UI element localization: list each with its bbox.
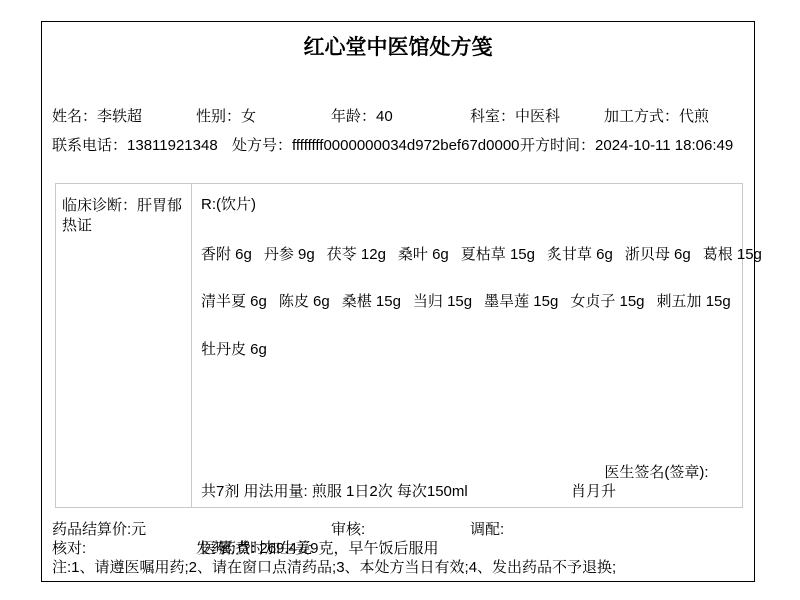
processing-value: 代煎: [679, 108, 709, 125]
herb-item: 女贞子 15g: [570, 293, 644, 310]
field-phone: 联系电话：13811921348: [52, 136, 218, 155]
prescription-page: 红心堂中医馆处方笺 姓名：李轶超 性别：女 年龄：40 科室：中医科 加工方式：…: [0, 0, 800, 600]
settlement-price-value: 元: [131, 521, 146, 538]
phone-value: 13811921348: [127, 137, 218, 154]
patient-name-label: 姓名：: [52, 108, 97, 125]
herb-item: 陈皮 6g: [279, 293, 330, 310]
herb-item: 丹参 9g: [264, 246, 315, 263]
issue-time-value: 2024-10-11 18:06:49: [595, 137, 733, 154]
rx-box: 临床诊断：肝胃郁热证 R:(饮片) 香附 6g丹参 9g茯苓 12g桑叶 6g夏…: [55, 183, 743, 508]
herb-item: 当归 15g: [413, 293, 472, 310]
herb-line-1: 香附 6g丹参 9g茯苓 12g桑叶 6g夏枯草 15g炙甘草 6g浙贝母 6g…: [201, 245, 762, 264]
herb-item: 牡丹皮 6g: [201, 341, 267, 358]
herb-item: 茯苓 12g: [327, 246, 386, 263]
page-title: 红心堂中医馆处方笺: [42, 36, 754, 60]
field-settlement-price: 药品结算价:元: [52, 520, 146, 539]
field-issue-time: 开方时间：2024-10-11 18:06:49: [520, 136, 733, 155]
usage-summary: 共7剂 用法用量: 煎服 1日2次 每次150ml: [201, 482, 601, 501]
prescription-sheet: 红心堂中医馆处方笺 姓名：李轶超 性别：女 年龄：40 科室：中医科 加工方式：…: [41, 21, 755, 582]
herb-item: 香附 6g: [201, 246, 252, 263]
herb-item: 刺五加 15g: [657, 293, 731, 310]
patient-age-value: 40: [376, 108, 393, 125]
field-review: 审核:: [331, 520, 365, 539]
diagnosis-label: 临床诊断：: [62, 197, 137, 214]
herb-line-3: 牡丹皮 6g: [201, 340, 267, 359]
footer-note: 注:1、请遵医嘱用药;2、请在窗口点清药品;3、本处方当日有效;4、发出药品不予…: [52, 558, 616, 577]
herb-item: 清半夏 6g: [201, 293, 267, 310]
processing-label: 加工方式：: [604, 108, 679, 125]
field-processing-method: 加工方式：代煎: [604, 107, 709, 126]
doctor-signature-label: 医生签名(签章):: [604, 464, 712, 481]
diagnosis-cell: 临床诊断：肝胃郁热证: [56, 184, 192, 507]
herb-item: 浙贝母 6g: [625, 246, 691, 263]
patient-gender-label: 性别：: [196, 108, 241, 125]
herb-item: 桑叶 6g: [398, 246, 449, 263]
medicine-fee-value: 269.4元: [259, 540, 312, 557]
herb-line-2: 清半夏 6g陈皮 6g桑椹 15g当归 15g墨旱莲 15g女贞子 15g刺五加…: [201, 292, 731, 311]
field-check: 核对:: [52, 539, 86, 558]
herb-item: 夏枯草 15g: [461, 246, 535, 263]
patient-gender-value: 女: [241, 108, 256, 125]
patient-name-value: 李轶超: [97, 108, 142, 125]
herb-item: 葛根 15g: [703, 246, 762, 263]
issue-time-label: 开方时间：: [520, 137, 595, 154]
phone-label: 联系电话：: [52, 137, 127, 154]
patient-age-label: 年龄：: [331, 108, 376, 125]
field-department: 科室：中医科: [470, 107, 560, 126]
department-value: 中医科: [515, 108, 560, 125]
rx-header: R:(饮片): [201, 195, 256, 214]
rx-number-value: ffffffff0000000034d972bef67d0000: [292, 137, 519, 154]
field-rx-number: 处方号：ffffffff0000000034d972bef67d0000: [232, 136, 520, 155]
field-patient-age: 年龄：40: [331, 107, 393, 126]
doctor-signature: 医生签名(签章): 肖月升: [571, 444, 713, 520]
settlement-price-label: 药品结算价:: [52, 521, 131, 538]
field-patient-name: 姓名：李轶超: [52, 107, 142, 126]
doctor-signature-name: 肖月升: [571, 483, 616, 500]
department-label: 科室：: [470, 108, 515, 125]
rx-number-label: 处方号：: [232, 137, 292, 154]
herb-item: 墨旱莲 15g: [484, 293, 558, 310]
field-patient-gender: 性别：女: [196, 107, 256, 126]
field-issue: 发药:: [196, 539, 230, 558]
herb-item: 炙甘草 6g: [547, 246, 613, 263]
field-dispense: 调配:: [470, 520, 504, 539]
herb-item: 桑椹 15g: [342, 293, 401, 310]
